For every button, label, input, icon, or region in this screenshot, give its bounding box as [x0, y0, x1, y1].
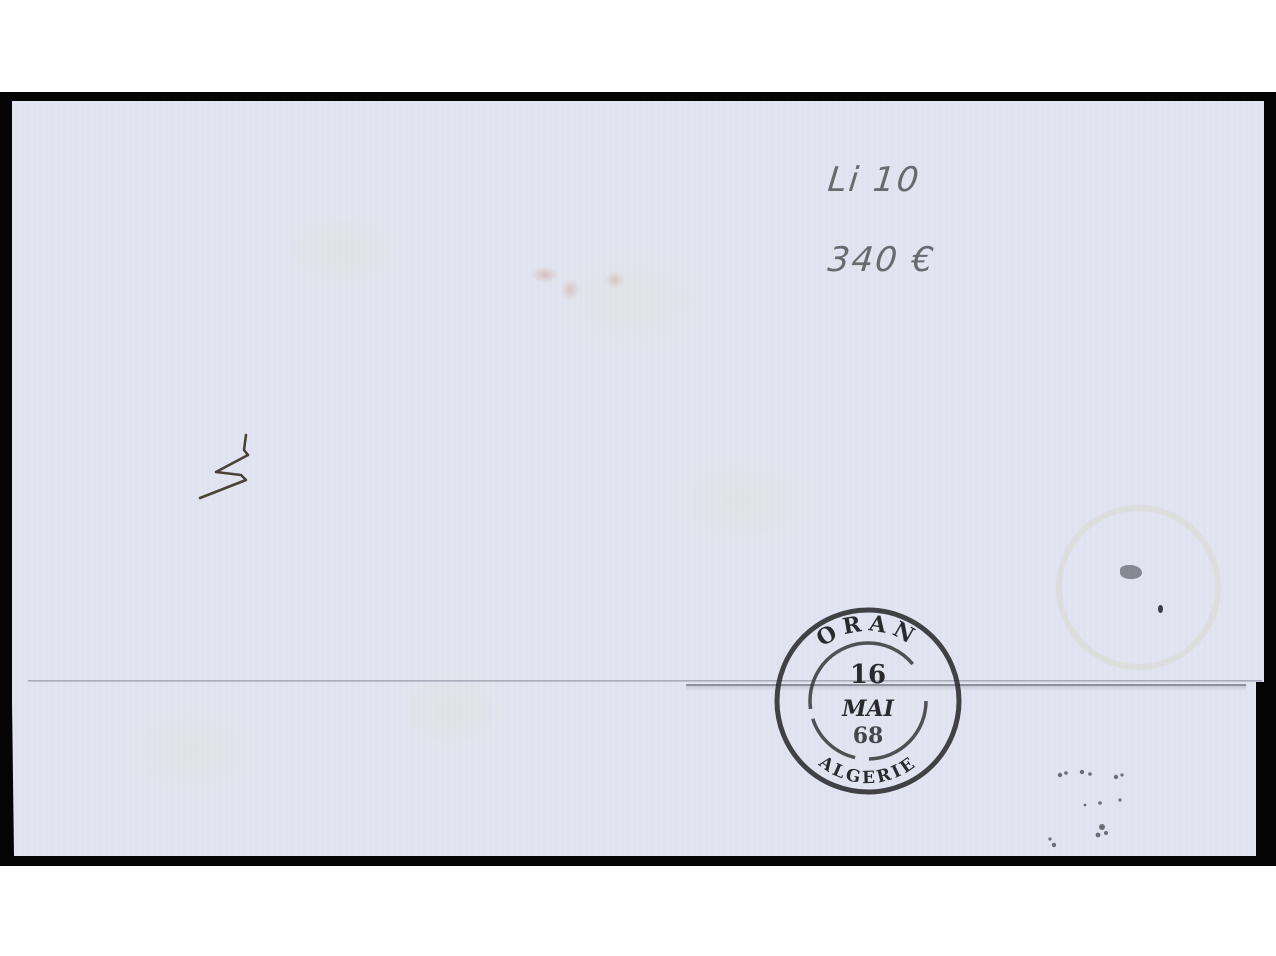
- postmark-day: 16: [850, 660, 886, 690]
- fold-line: [28, 680, 1262, 682]
- oran-algerie-postmark: ORAN ALGERIE 16 MAI 68: [770, 603, 966, 799]
- pencil-reference-note: Li 10: [826, 160, 923, 200]
- pencil-price-note: 340 €: [826, 240, 938, 280]
- partial-strike-mark: [1030, 755, 1140, 850]
- faint-red-offset-mark: [500, 255, 650, 335]
- ink-blot: [1158, 605, 1163, 613]
- postmark-year: 68: [853, 723, 884, 749]
- faint-circular-cancel: [1056, 505, 1221, 670]
- manuscript-rate-mark: [196, 430, 256, 505]
- postmark-month: MAI: [841, 696, 894, 722]
- ink-blot: [1120, 565, 1142, 579]
